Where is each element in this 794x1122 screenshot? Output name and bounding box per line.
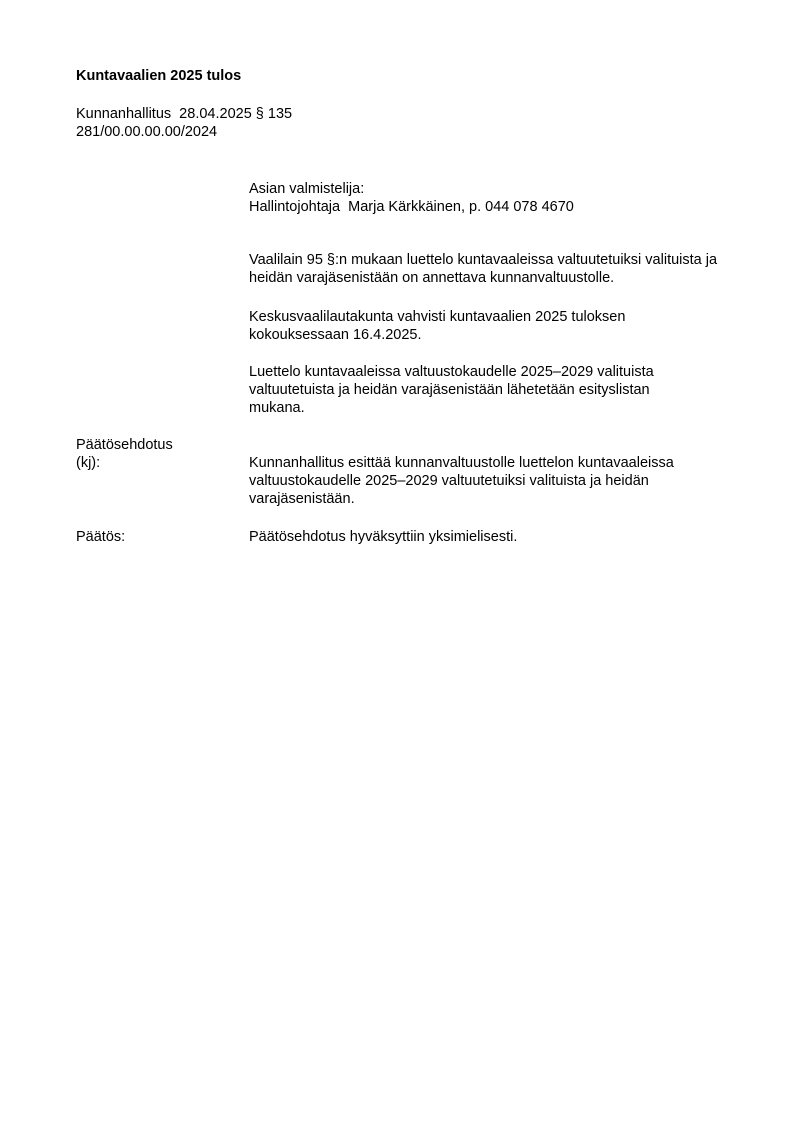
decision-label: Päätös: — [76, 528, 246, 546]
decision-text: Päätösehdotus hyväksyttiin yksimielisest… — [249, 528, 749, 546]
document-title: Kuntavaalien 2025 tulos — [76, 67, 241, 85]
paragraph-confirmation: Keskusvaalilautakunta vahvisti kuntavaal… — [249, 308, 679, 344]
proposal-label-line1: Päätösehdotus — [76, 436, 246, 454]
preparer-value: Hallintojohtaja Marja Kärkkäinen, p. 044… — [249, 198, 749, 216]
preparer-label: Asian valmistelija: — [249, 180, 749, 198]
proposal-label-line2: (kj): — [76, 454, 246, 472]
record-number: 281/00.00.00.00/2024 — [76, 123, 292, 141]
preparer-block: Asian valmistelija: Hallintojohtaja Marj… — [249, 180, 749, 216]
paragraph-attachment: Luettelo kuntavaaleissa valtuustokaudell… — [249, 363, 709, 417]
meeting-reference: Kunnanhallitus 28.04.2025 § 135 281/00.0… — [76, 105, 292, 141]
meeting-line: Kunnanhallitus 28.04.2025 § 135 — [76, 105, 292, 123]
paragraph-legal-basis: Vaalilain 95 §:n mukaan luettelo kuntava… — [249, 251, 734, 287]
proposal-text: Kunnanhallitus esittää kunnanvaltuustoll… — [249, 454, 724, 508]
proposal-label: Päätösehdotus (kj): — [76, 436, 246, 472]
document-page: Kuntavaalien 2025 tulos Kunnanhallitus 2… — [0, 0, 794, 1122]
